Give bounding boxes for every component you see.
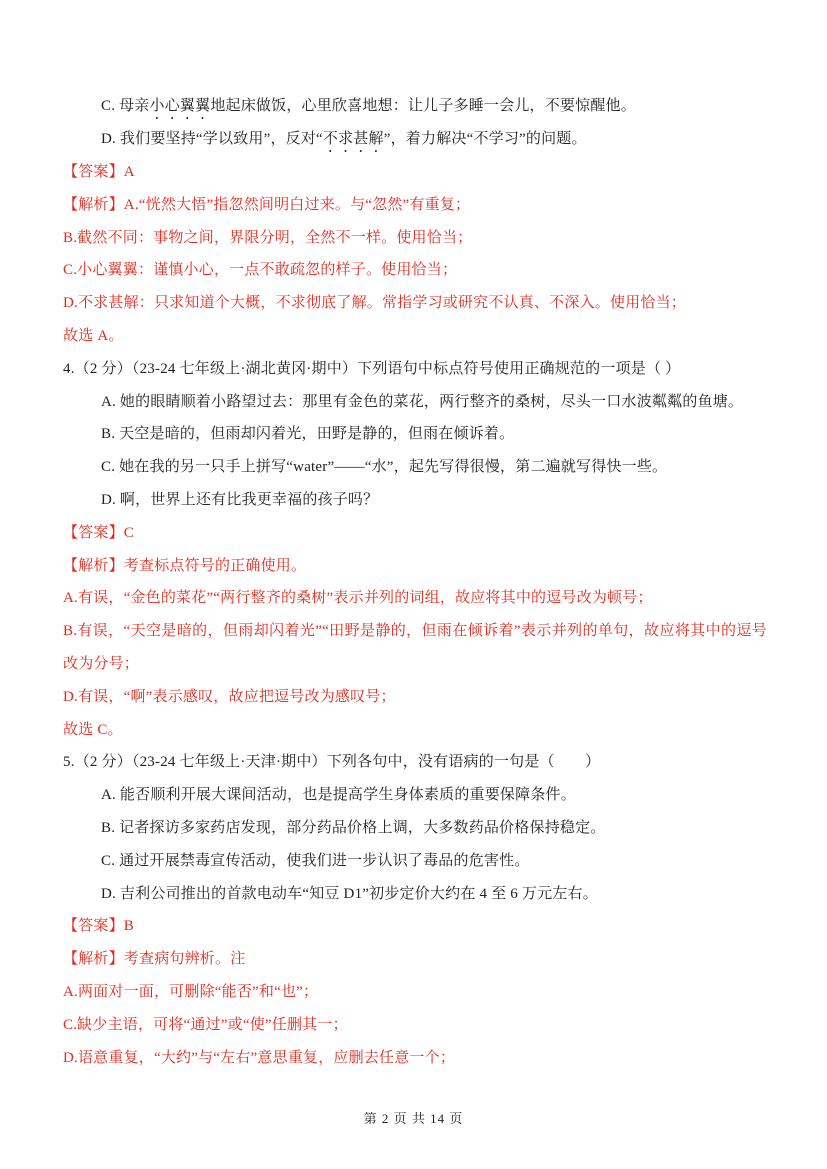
text-run: 【解析】考查标点符号的正确使用。: [63, 558, 306, 574]
text-run: B. 天空是暗的，但雨却闪着光，田野是静的，但雨在倾诉着。: [101, 426, 514, 442]
text-run: D. 我们要坚持“学以致用”，反对“: [101, 131, 323, 147]
line-q4-option-c: C. 她在我的另一只手上拼写“water”——“水”，起先写得很慢，第二遍就写得…: [63, 451, 767, 484]
line-q3-conclusion: 故选 A。: [63, 320, 767, 353]
line-q3-option-d: D. 我们要坚持“学以致用”，反对“不求甚解”，着力解决“不学习”的问题。: [63, 123, 767, 156]
text-run: D.不求甚解：只求知道个大概，不求彻底了解。常指学习或研究不认真、不深入。使用恰…: [63, 295, 686, 311]
text-run: 地起床做饭，心里欣喜地想：让儿子多睡一会儿，不要惊醒他。: [210, 98, 636, 114]
line-q3-analysis-b: B.截然不同：事物之间，界限分明，全然不一样。使用恰当；: [63, 222, 767, 255]
line-q5-option-c: C. 通过开展禁毒宣传活动，使我们进一步认识了毒品的危害性。: [63, 845, 767, 878]
text-run: C.缺少主语，可将“通过”或“使”任删其一；: [63, 1017, 348, 1033]
line-q4-answer: 【答案】C: [63, 517, 767, 550]
text-run: 【答案】C: [63, 525, 134, 541]
line-q4-stem: 4.（2 分）（23-24 七年级上·湖北黄冈·期中）下列语句中标点符号使用正确…: [63, 353, 767, 386]
line-q4-option-a: A. 她的眼睛顺着小路望过去：那里有金色的菜花，两行整齐的桑树，尽头一口水波粼粼…: [63, 386, 767, 419]
document-body: C. 母亲小心翼翼地起床做饭，心里欣喜地想：让儿子多睡一会儿，不要惊醒他。D. …: [63, 90, 767, 1074]
line-q5-stem: 5.（2 分）（23-24 七年级上·天津·期中）下列各句中，没有语病的一句是（…: [63, 746, 767, 779]
text-run: A. 能否顺利开展大课间活动，也是提高学生身体素质的重要保障条件。: [101, 787, 576, 803]
text-run: 5.（2 分）（23-24 七年级上·天津·期中）下列各句中，没有语病的一句是（…: [63, 754, 600, 770]
line-q5-option-d: D. 吉利公司推出的首款电动车“知豆 D1”初步定价大约在 4 至 6 万元左右…: [63, 878, 767, 911]
text-run: B. 记者探访多家药店发现，部分药品价格上调，大多数药品价格保持稳定。: [101, 820, 606, 836]
line-q4-option-d: D. 啊，世界上还有比我更幸福的孩子吗？: [63, 484, 767, 517]
text-run: 【解析】A.“恍然大悟”指忽然间明白过来。与“忽然”有重复；: [63, 197, 470, 213]
text-run: B.有误，“天空是暗的，但雨却闪着光”“田野是静的，但雨在倾诉着”表示并列的单句…: [63, 623, 767, 672]
text-run: D.有误，“啊”表示感叹，故应把逗号改为感叹号；: [63, 689, 396, 705]
emphasized-text-run: 不求甚解: [323, 131, 384, 147]
text-run: 4.（2 分）（23-24 七年级上·湖北黄冈·期中）下列语句中标点符号使用正确…: [63, 361, 680, 377]
text-run: C. 她在我的另一只手上拼写“water”——“水”，起先写得很慢，第二遍就写得…: [101, 459, 667, 475]
text-run: C. 通过开展禁毒宣传活动，使我们进一步认识了毒品的危害性。: [101, 853, 530, 869]
text-run: 故选 C。: [63, 722, 123, 738]
text-run: D. 啊，世界上还有比我更幸福的孩子吗？: [101, 492, 378, 508]
text-run: A.两面对一面，可删除“能否”和“也”；: [63, 984, 318, 1000]
text-run: 故选 A。: [63, 328, 124, 344]
text-run: A. 她的眼睛顺着小路望过去：那里有金色的菜花，两行整齐的桑树，尽头一口水波粼粼…: [101, 394, 743, 410]
line-q5-option-b: B. 记者探访多家药店发现，部分药品价格上调，大多数药品价格保持稳定。: [63, 812, 767, 845]
line-q3-analysis-d: D.不求甚解：只求知道个大概，不求彻底了解。常指学习或研究不认真、不深入。使用恰…: [63, 287, 767, 320]
line-q5-analysis-intro: 【解析】考查病句辨析。注: [63, 943, 767, 976]
line-q4-analysis-d: D.有误，“啊”表示感叹，故应把逗号改为感叹号；: [63, 681, 767, 714]
text-run: C. 母亲: [101, 98, 150, 114]
text-run: D.语意重复，“大约”与“左右”意思重复，应删去任意一个；: [63, 1050, 455, 1066]
text-run: 【答案】A: [63, 164, 135, 180]
text-run: B.截然不同：事物之间，界限分明，全然不一样。使用恰当；: [63, 230, 472, 246]
line-q3-analysis-c: C.小心翼翼：谨慎小心，一点不敢疏忽的样子。使用恰当；: [63, 254, 767, 287]
line-q4-option-b: B. 天空是暗的，但雨却闪着光，田野是静的，但雨在倾诉着。: [63, 418, 767, 451]
line-q3-option-c: C. 母亲小心翼翼地起床做饭，心里欣喜地想：让儿子多睡一会儿，不要惊醒他。: [63, 90, 767, 123]
emphasized-text-run: 小心翼翼: [150, 98, 211, 114]
line-q5-analysis-d: D.语意重复，“大约”与“左右”意思重复，应删去任意一个；: [63, 1042, 767, 1075]
line-q3-analysis-a: 【解析】A.“恍然大悟”指忽然间明白过来。与“忽然”有重复；: [63, 189, 767, 222]
text-run: D. 吉利公司推出的首款电动车“知豆 D1”初步定价大约在 4 至 6 万元左右…: [101, 886, 598, 902]
line-q4-analysis-intro: 【解析】考查标点符号的正确使用。: [63, 550, 767, 583]
line-q5-option-a: A. 能否顺利开展大课间活动，也是提高学生身体素质的重要保障条件。: [63, 779, 767, 812]
line-q4-conclusion: 故选 C。: [63, 714, 767, 747]
page-footer: 第 2 页 共 14 页: [0, 1108, 827, 1127]
text-run: 【答案】B: [63, 918, 134, 934]
line-q4-analysis-b: B.有误，“天空是暗的，但雨却闪着光”“田野是静的，但雨在倾诉着”表示并列的单句…: [63, 615, 767, 681]
text-run: C.小心翼翼：谨慎小心，一点不敢疏忽的样子。使用恰当；: [63, 262, 457, 278]
line-q5-answer: 【答案】B: [63, 910, 767, 943]
page-number-text: 第 2 页 共 14 页: [364, 1111, 464, 1126]
line-q5-analysis-c: C.缺少主语，可将“通过”或“使”任删其一；: [63, 1009, 767, 1042]
line-q4-analysis-a: A.有误，“金色的菜花”“两行整齐的桑树”表示并列的词组，故应将其中的逗号改为顿…: [63, 582, 767, 615]
document-page: C. 母亲小心翼翼地起床做饭，心里欣喜地想：让儿子多睡一会儿，不要惊醒他。D. …: [0, 0, 827, 1169]
text-run: A.有误，“金色的菜花”“两行整齐的桑树”表示并列的词组，故应将其中的逗号改为顿…: [63, 590, 653, 606]
text-run: ”，着力解决“不学习”的问题。: [384, 131, 587, 147]
line-q3-answer: 【答案】A: [63, 156, 767, 189]
text-run: 【解析】考查病句辨析。注: [63, 951, 245, 967]
line-q5-analysis-a: A.两面对一面，可删除“能否”和“也”；: [63, 976, 767, 1009]
